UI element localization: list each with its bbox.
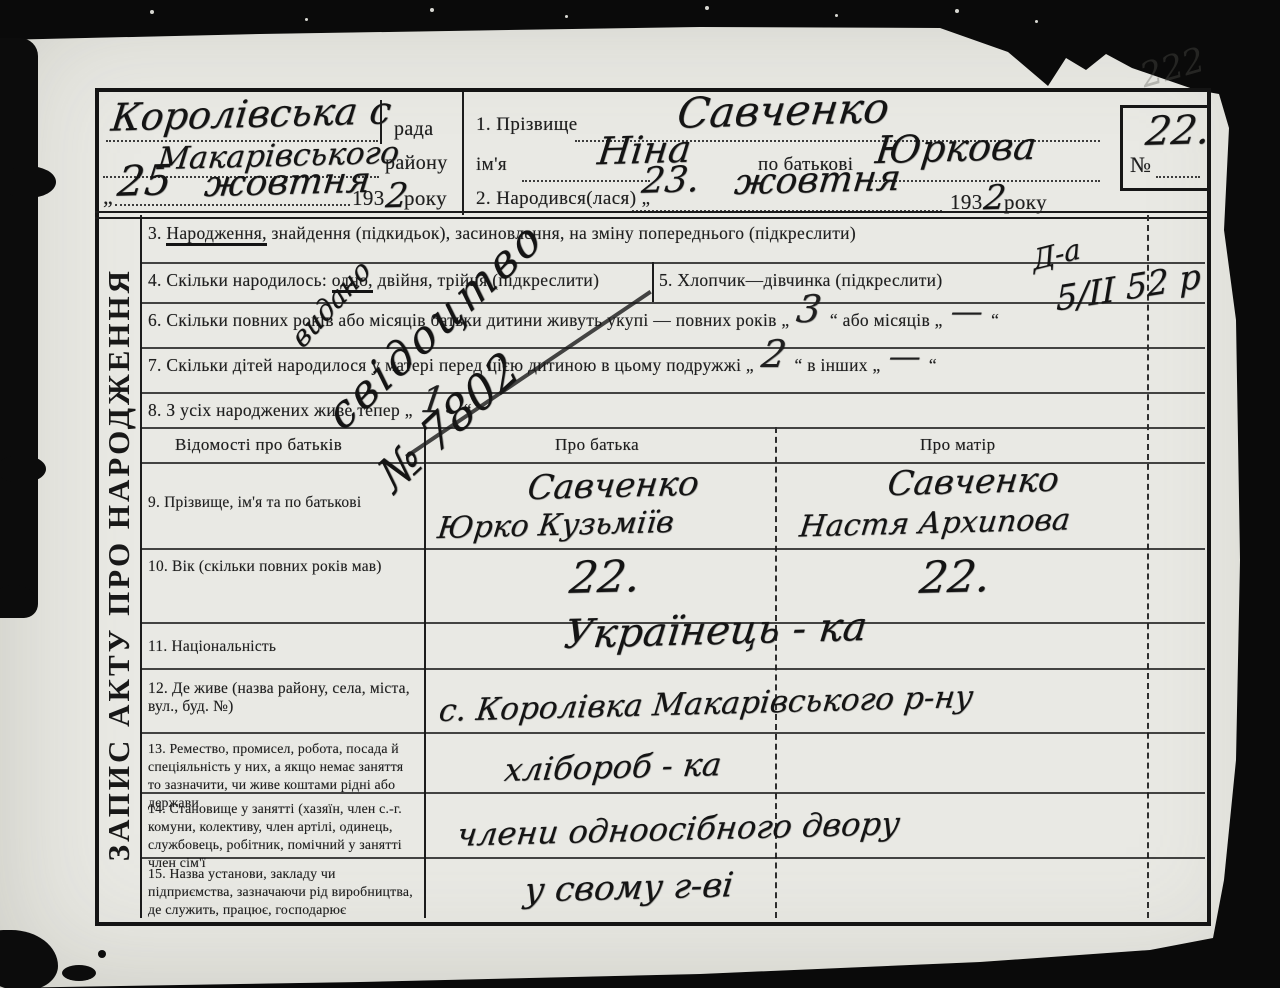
record-number-handwritten: 22. bbox=[1143, 107, 1212, 155]
mother-surname-handwritten: Савченко bbox=[885, 460, 1061, 504]
form-row-8: 8. З усіх народжених живе тепер „1.“ bbox=[140, 392, 1205, 429]
scan-artifact bbox=[98, 950, 106, 958]
father-age-handwritten: 22. bbox=[567, 551, 643, 604]
mother-name-handwritten: Настя Архипова bbox=[798, 502, 1072, 544]
surname-label: 1. Прізвище bbox=[476, 114, 578, 136]
row7-text: 7. Скільки дітей народилося у матері пер… bbox=[148, 355, 754, 375]
row9-label: 9. Прізвище, ім'я та по батькові bbox=[140, 488, 432, 512]
row3-prefix: 3. bbox=[148, 223, 166, 243]
registration-month-handwritten: жовтня bbox=[202, 160, 372, 205]
born-label: 2. Народився(лася) „ bbox=[476, 188, 650, 210]
year-printed: 193 bbox=[352, 186, 385, 211]
scan-artifact bbox=[62, 965, 96, 981]
dotted-line bbox=[1156, 176, 1200, 178]
scan-speck bbox=[430, 8, 434, 12]
occupation-handwritten: хлібороб - ка bbox=[502, 745, 723, 789]
registration-day-handwritten: 25 bbox=[115, 155, 174, 205]
row7-close-quote: “ bbox=[929, 355, 937, 375]
record-number-label: № bbox=[1130, 152, 1151, 178]
scanned-birth-record: 222 Королівська с рада Макарівського рай… bbox=[0, 0, 1280, 988]
council-name-handwritten: Королівська с bbox=[109, 88, 394, 139]
document-title-text: ЗАПИС АКТУ ПРО НАРОДЖЕННЯ bbox=[101, 268, 137, 861]
document-title-vertical: ЗАПИС АКТУ ПРО НАРОДЖЕННЯ bbox=[97, 215, 141, 915]
nationality-handwritten: Українець - ка bbox=[562, 604, 870, 658]
birth-month-handwritten: жовтня bbox=[732, 158, 902, 203]
scan-speck bbox=[955, 9, 959, 13]
workplace-handwritten: у свому г-ві bbox=[522, 865, 735, 910]
header-divider bbox=[462, 92, 464, 215]
row12-label: 12. Де живе (назва району, села, міста, … bbox=[140, 674, 420, 716]
scan-speck bbox=[1035, 20, 1038, 23]
row3-text: знайдення (підкидьок), засиновлення, на … bbox=[267, 223, 856, 243]
scan-artifact bbox=[0, 166, 56, 198]
row10-label: 10. Вік (скільки повних років мав) bbox=[140, 552, 410, 576]
mother-age-handwritten: 22. bbox=[917, 551, 993, 604]
dotted-line bbox=[868, 180, 1100, 182]
father-name-handwritten: Юрко Кузьміїв bbox=[436, 505, 676, 546]
row6-close-quote: “ bbox=[991, 310, 999, 330]
row5-text: 5. Хлопчик—дівчинка (підкреслити) bbox=[651, 262, 946, 291]
header-father-cell: Про батька bbox=[555, 435, 639, 455]
row6-mid-text: “ або місяців „ bbox=[830, 310, 943, 330]
row11-label: 11. Національність bbox=[140, 632, 432, 656]
header-info-cell: Відомості про батьків bbox=[175, 435, 342, 455]
header-mother-cell: Про матір bbox=[920, 435, 996, 455]
dotted-line bbox=[115, 204, 350, 206]
surname-handwritten: Савченко bbox=[675, 83, 892, 137]
year-label: року bbox=[404, 186, 447, 211]
row3-underlined-word: Народження, bbox=[166, 223, 266, 246]
name-label: ім'я bbox=[476, 154, 507, 176]
scan-speck bbox=[565, 15, 568, 18]
parents-table-header: Відомості про батьків Про батька Про мат… bbox=[140, 427, 1205, 464]
scan-speck bbox=[305, 18, 308, 21]
row15-label: 15. Назва установи, закладу чи підприємс… bbox=[140, 859, 422, 919]
father-surname-handwritten: Савченко bbox=[525, 464, 701, 508]
dotted-line bbox=[522, 180, 650, 182]
row4-5-divider bbox=[652, 262, 654, 302]
quote-mark: „ bbox=[103, 184, 113, 210]
scan-artifact bbox=[0, 38, 38, 618]
scan-speck bbox=[150, 10, 154, 14]
scan-speck bbox=[835, 14, 838, 17]
row4-prefix: 4. Скільки народилось: bbox=[148, 270, 332, 290]
form-row-7: 7. Скільки дітей народилося у матері пер… bbox=[140, 347, 1205, 394]
scan-speck bbox=[705, 6, 709, 10]
row7-mid-text: “ в інших „ bbox=[794, 355, 880, 375]
birth-day-handwritten: 23. bbox=[640, 159, 702, 201]
district-label: району bbox=[385, 152, 448, 175]
